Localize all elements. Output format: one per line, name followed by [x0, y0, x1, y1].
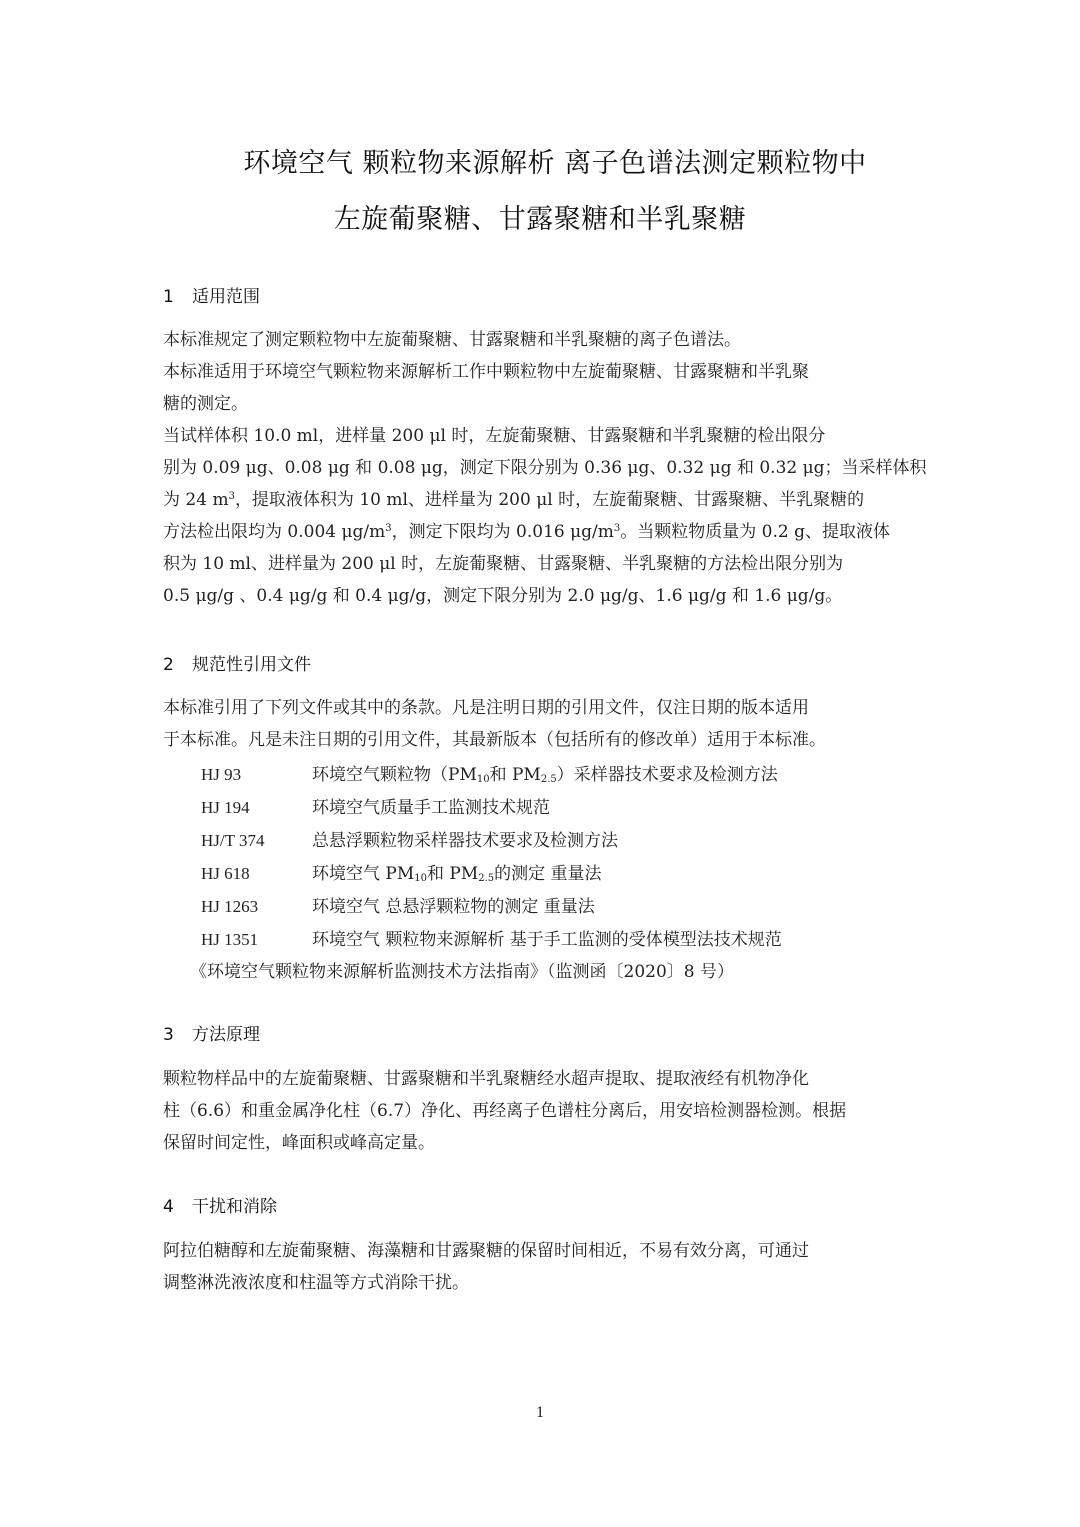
reference-code: HJ 1263 [201, 897, 312, 917]
paragraph-continued: 调整淋洗液浓度和柱温等方式消除干扰。 [163, 1268, 917, 1293]
paragraph-continued: 于本标准。凡是未注日期的引用文件，其最新版本（包括所有的修改单）适用于本标准。 [163, 725, 917, 750]
reference-item: HJ 194环境空气质量手工监测技术规范 [201, 793, 550, 818]
reference-item: HJ 93环境空气颗粒物（PM10和 PM2.5）采样器技术要求及检测方法 [201, 760, 778, 785]
reference-code: HJ 618 [201, 864, 312, 884]
section-1-heading: 1适用范围 [163, 282, 260, 307]
reference-code: HJ 93 [201, 765, 312, 785]
reference-code: HJ 194 [201, 798, 312, 818]
reference-guide: 《环境空气颗粒物来源解析监测技术方法指南》（监测函〔2020〕8 号） [190, 957, 734, 982]
reference-item: HJ/T 374总悬浮颗粒物采样器技术要求及检测方法 [201, 826, 618, 851]
document-title-line-2: 左旋葡聚糖、甘露聚糖和半乳聚糖 [0, 197, 1080, 236]
document-page: 环境空气 颗粒物来源解析 离子色谱法测定颗粒物中 左旋葡聚糖、甘露聚糖和半乳聚糖… [0, 0, 1080, 1527]
section-3-heading: 3方法原理 [163, 1020, 260, 1045]
section-title: 规范性引用文件 [192, 655, 311, 675]
paragraph-continued: 为 24 m3，提取液体积为 10 ml、进样量为 200 μl 时，左旋葡聚糖… [163, 485, 917, 510]
paragraph-continued: 柱（6.6）和重金属净化柱（6.7）净化、再经离子色谱柱分离后，用安培检测器检测… [163, 1096, 917, 1121]
reference-code: HJ 1351 [201, 930, 312, 950]
paragraph: 当试样体积 10.0 ml，进样量 200 μl 时，左旋葡聚糖、甘露聚糖和半乳… [163, 421, 917, 446]
paragraph: 颗粒物样品中的左旋葡聚糖、甘露聚糖和半乳聚糖经水超声提取、提取液经有机物净化 [163, 1064, 917, 1089]
paragraph-continued: 方法检出限均为 0.004 μg/m3，测定下限均为 0.016 μg/m3。当… [163, 517, 917, 542]
paragraph: 阿拉伯糖醇和左旋葡聚糖、海藻糖和甘露聚糖的保留时间相近，不易有效分离，可通过 [163, 1236, 917, 1261]
section-number: 2 [163, 655, 192, 675]
section-number: 1 [163, 287, 192, 307]
reference-code: HJ/T 374 [201, 831, 312, 851]
paragraph: 本标准引用了下列文件或其中的条款。凡是注明日期的引用文件，仅注日期的版本适用 [163, 693, 917, 718]
reference-item: HJ 1263环境空气 总悬浮颗粒物的测定 重量法 [201, 892, 595, 917]
section-title: 干扰和消除 [192, 1197, 277, 1217]
section-2-heading: 2规范性引用文件 [163, 650, 311, 675]
paragraph-continued: 糖的测定。 [163, 389, 917, 414]
section-title: 方法原理 [192, 1025, 260, 1045]
paragraph: 本标准规定了测定颗粒物中左旋葡聚糖、甘露聚糖和半乳聚糖的离子色谱法。 [163, 325, 917, 350]
section-number: 3 [163, 1025, 192, 1045]
paragraph: 本标准适用于环境空气颗粒物来源解析工作中颗粒物中左旋葡聚糖、甘露聚糖和半乳聚 [163, 357, 917, 382]
paragraph-continued: 0.5 μg/g 、0.4 μg/g 和 0.4 μg/g，测定下限分别为 2.… [163, 581, 917, 606]
section-title: 适用范围 [192, 287, 260, 307]
reference-item: HJ 618环境空气 PM10和 PM2.5的测定 重量法 [201, 859, 602, 884]
page-number: 1 [0, 1404, 1080, 1422]
paragraph-continued: 积为 10 ml、进样量为 200 μl 时，左旋葡聚糖、甘露聚糖、半乳聚糖的方… [163, 549, 917, 574]
section-4-heading: 4干扰和消除 [163, 1192, 277, 1217]
paragraph-continued: 别为 0.09 μg、0.08 μg 和 0.08 μg，测定下限分别为 0.3… [163, 453, 917, 478]
paragraph-continued: 保留时间定性，峰面积或峰高定量。 [163, 1128, 917, 1153]
document-title-line-1: 环境空气 颗粒物来源解析 离子色谱法测定颗粒物中 [0, 141, 1080, 180]
reference-item: HJ 1351环境空气 颗粒物来源解析 基于手工监测的受体模型法技术规范 [201, 925, 782, 950]
section-number: 4 [163, 1197, 192, 1217]
